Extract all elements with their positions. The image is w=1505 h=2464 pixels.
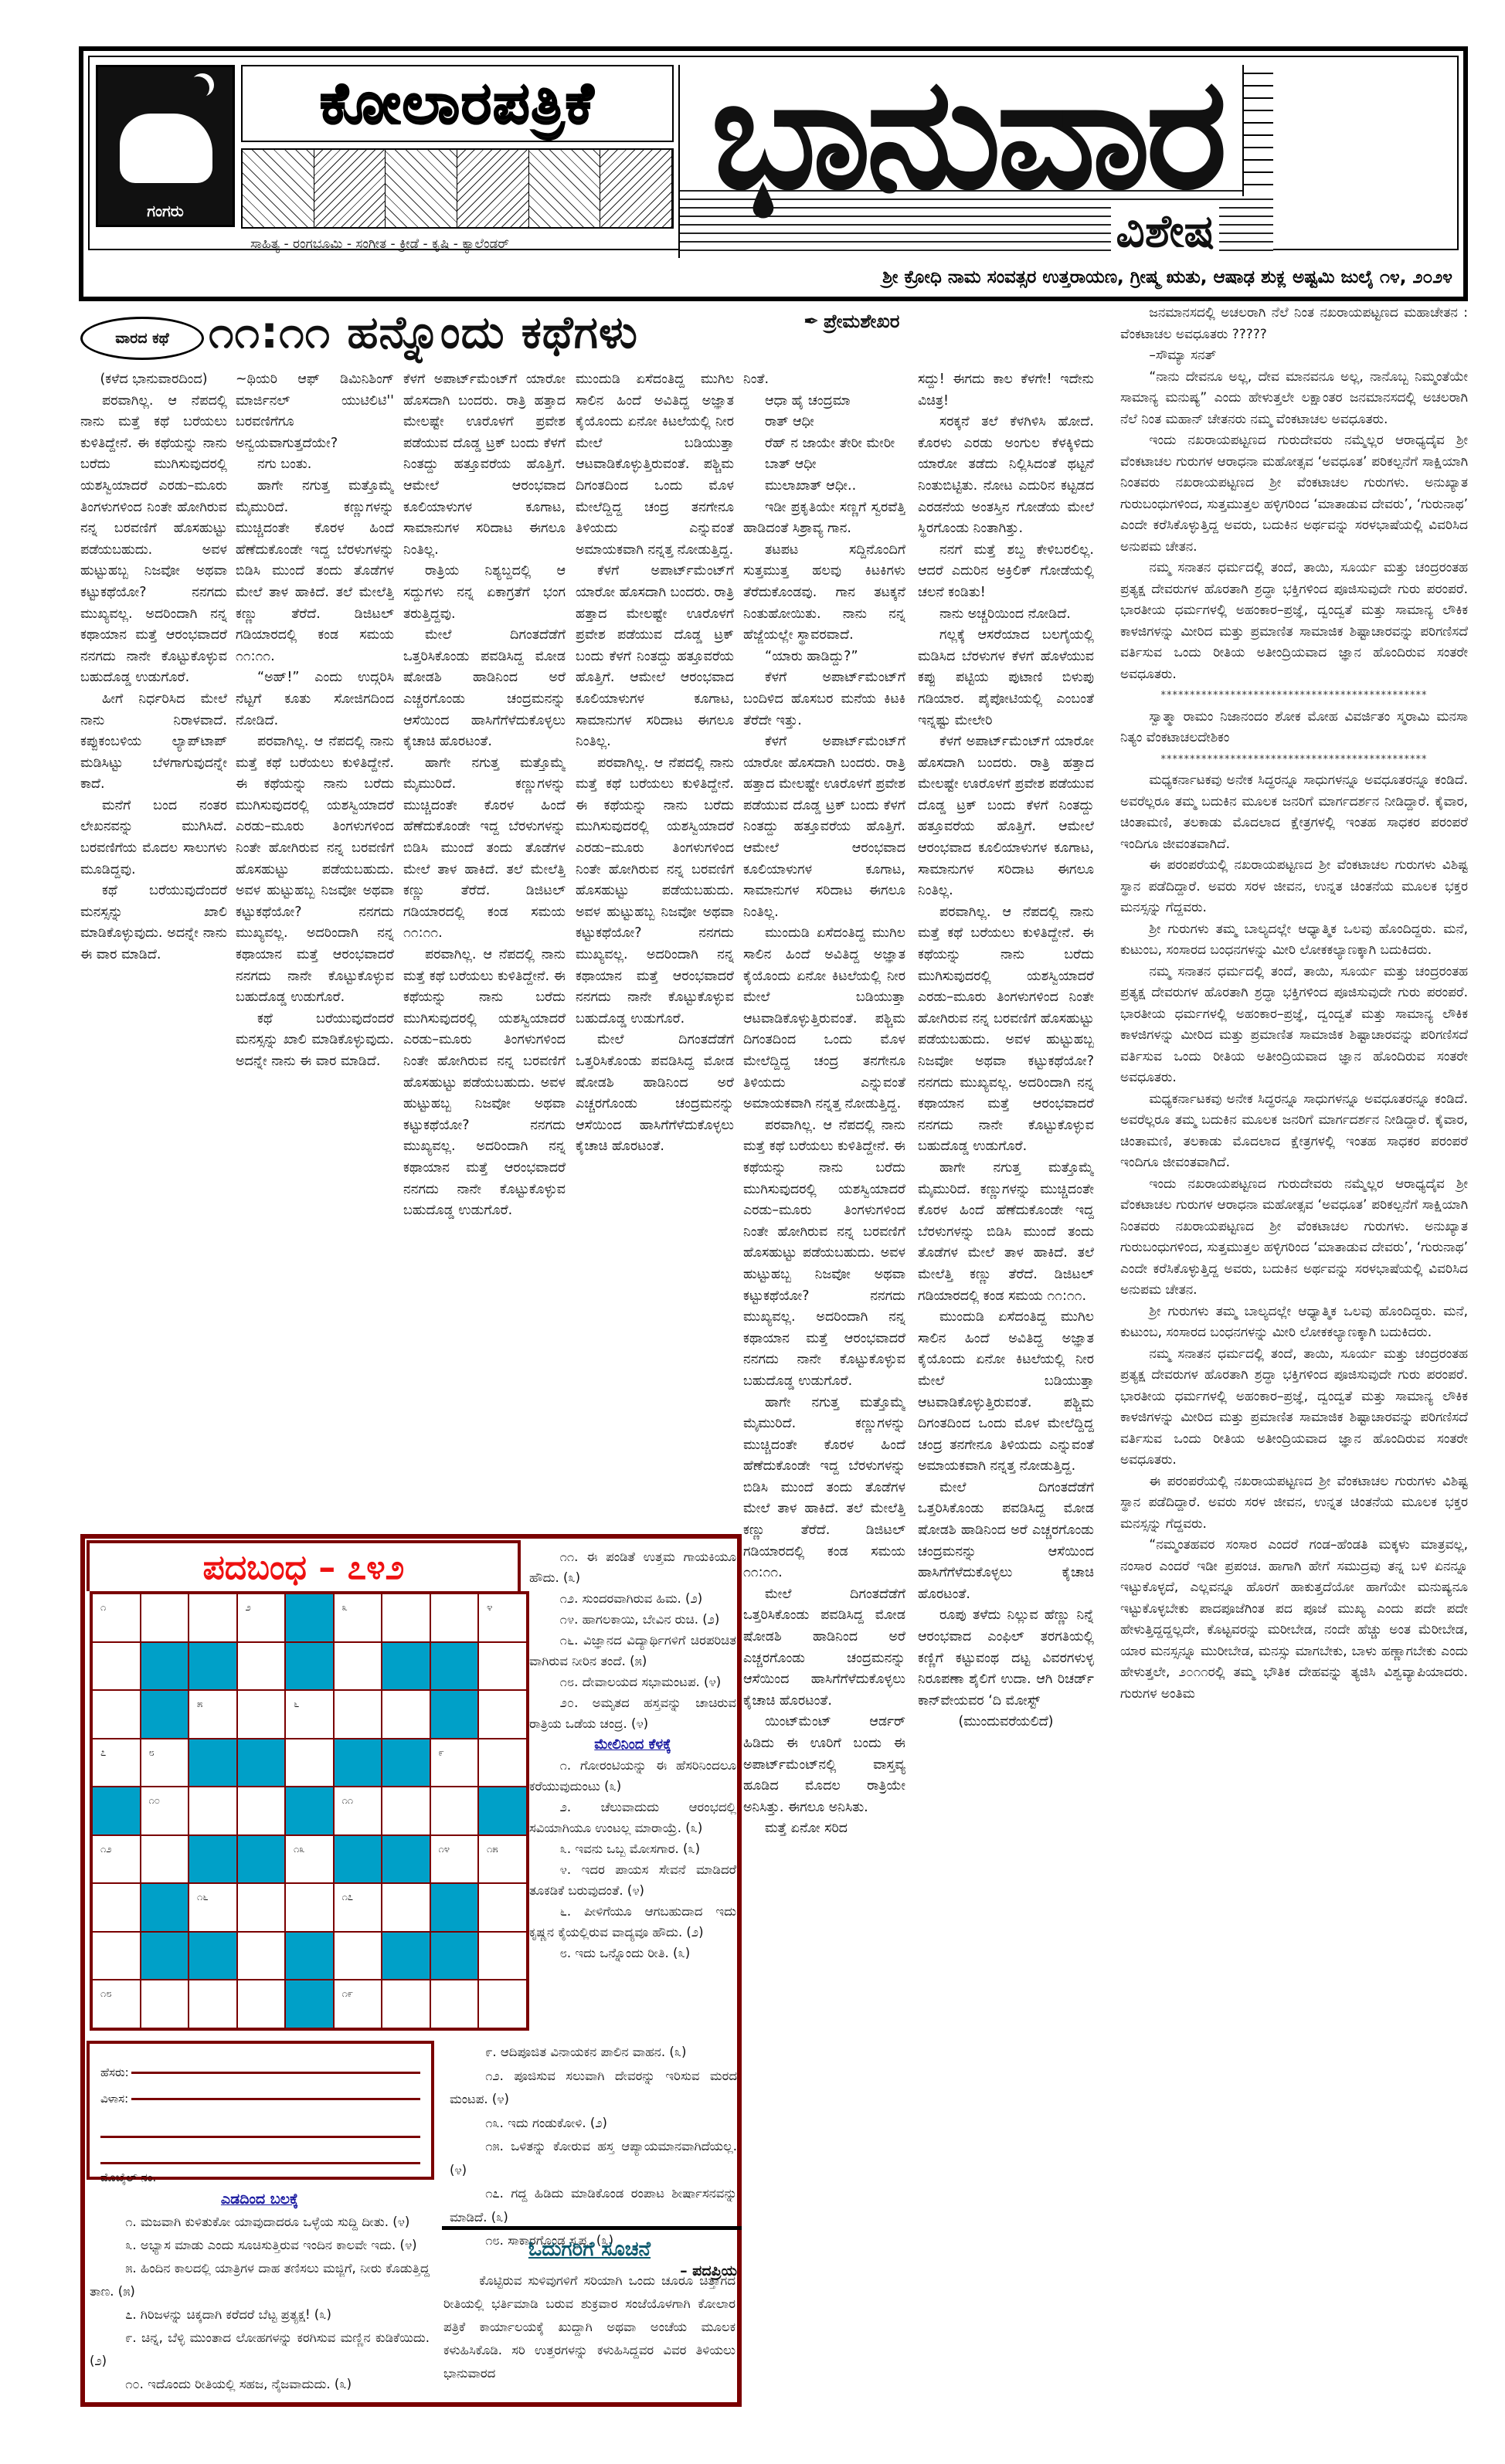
crossword-cell[interactable]: ೧೬ <box>189 1883 237 1932</box>
paragraph: ನಾನು ಅಚ್ಚರಿಯಿಂದ ನೋಡಿದೆ. <box>918 604 1094 626</box>
clue-across: ೧೬. ವಿಜ್ಞಾನದ ವಿದ್ಯಾರ್ಥಿಗಳಿಗೆ ಚಿರಪರಿಚಿತ ವ… <box>529 1630 736 1672</box>
crossword-cell[interactable] <box>189 1980 237 2028</box>
clue-number: ೨ <box>246 1602 251 1614</box>
crossword-cell[interactable]: ೧೯ <box>334 1980 382 2028</box>
music-instrument-icon <box>386 150 457 227</box>
name-field[interactable] <box>131 2072 420 2074</box>
article-author: –ಸೌಮ್ಯಾ ಸನತ್ <box>1120 345 1468 367</box>
paragraph: ಗಲ್ಲಕ್ಕೆ ಆಸರೆಯಾದ ಬಲಗೈಯಲ್ಲಿ ಮಡಿಸಿದ ಬೆರಳುಗ… <box>918 625 1094 731</box>
crossword-block <box>141 1642 189 1691</box>
crossword-cell[interactable] <box>334 1690 382 1739</box>
paragraph: ಇಡೀ ಪ್ರಕೃತಿಯೇ ಸಣ್ಣಗೆ ಸ್ವರವೆತ್ತಿ ಹಾಡಿದಂತೆ… <box>743 497 905 540</box>
crossword-box: ಪದಬಂಧ – ೭೪೨ ೧೨೩೪೫೬೭೮೯೧೦೧೧೧೨೧೩೧೪೧೫೧೬೧೭೧೮೧… <box>80 1534 742 2407</box>
clue-number: ೧೩ <box>294 1844 305 1855</box>
crossword-cell[interactable]: ೪ <box>478 1593 527 1642</box>
down-heading: ಮೇಲಿನಿಂದ ಕೆಳಕ್ಕೆ <box>529 1734 736 1755</box>
paragraph: ಮೇಲೆ ದಿಗಂತದೆಡೆಗೆ ಒತ್ತರಿಸಿಕೊಂಡು ಪವಡಿಸಿದ್ದ… <box>743 1584 905 1712</box>
clue-number: ೧೫ <box>487 1844 498 1855</box>
crossword-block <box>430 1932 479 1980</box>
reader-note-text: ಕೊಟ್ಟಿರುವ ಸುಳಿವುಗಳಿಗೆ ಸರಿಯಾಗಿ ಒಂದು ಚೂರೂ … <box>443 2269 736 2385</box>
crossword-cell[interactable] <box>237 1690 286 1739</box>
paragraph: ಪರವಾಗಿಲ್ಲ. ಆ ನೆಪದಲ್ಲಿ ನಾನು ಮತ್ತೆ ಕಥೆ ಬರೆ… <box>236 731 394 1009</box>
crossword-cell[interactable] <box>92 1642 141 1691</box>
crossword-cell[interactable] <box>141 1980 189 2028</box>
crossword-cell[interactable] <box>285 1739 334 1787</box>
clue-down: ೧೫. ಒಳಿತನ್ನು ಕೋರುವ ಹಸ್ತ ಆಪ್ಯಾಯಮಾನವಾಗಿದೆಯ… <box>450 2135 737 2182</box>
crossword-cell[interactable]: ೧೪ <box>430 1835 479 1884</box>
paragraph: ಪರವಾಗಿಲ್ಲ. ಆ ನೆಪದಲ್ಲಿ ನಾನು ಮತ್ತೆ ಕಥೆ ಬರೆ… <box>80 391 227 689</box>
crossword-cell[interactable] <box>237 1642 286 1691</box>
decorative-border-icon <box>1242 65 1273 196</box>
story-column-1: (ಕಳೆದ ಭಾನುವಾರದಿಂದ) ಪರವಾಗಿಲ್ಲ. ಆ ನೆಪದಲ್ಲಿ… <box>80 369 227 1520</box>
crossword-block <box>478 1787 527 1835</box>
paragraph: ಪರವಾಗಿಲ್ಲ. ಆ ನೆಪದಲ್ಲಿ ನಾನು ಮತ್ತೆ ಕಥೆ ಬರೆ… <box>403 945 566 1222</box>
paragraph: ಮನೆಗೆ ಬಂದ ನಂತರ ಲೇಖನವನ್ನು ಮುಗಿಸಿದೆ. ಬರವಣಿ… <box>80 796 227 881</box>
clue-across: ೧. ಮಜವಾಗಿ ಕುಳಿತುಕೋ ಯಾವುದಾದರೂ ಒಳ್ಳೆಯ ಸುದ್… <box>90 2211 430 2234</box>
emblem-caption: ಗಂಗರು <box>98 202 233 220</box>
elephant-emblem-icon: ಗಂಗರು <box>96 65 235 227</box>
racket-icon <box>457 150 529 227</box>
paragraph: ನಮ್ಮ ಸನಾತನ ಧರ್ಮದಲ್ಲಿ ತಂದೆ, ತಾಯಿ, ಸೂರ್ಯ ಮ… <box>1120 962 1468 1089</box>
crossword-cell[interactable] <box>382 1787 430 1835</box>
clue-number: ೧೪ <box>439 1844 450 1855</box>
crossword-cell[interactable] <box>141 1835 189 1884</box>
crossword-cell[interactable] <box>430 1593 479 1642</box>
crossword-cell[interactable]: ೧೭ <box>334 1883 382 1932</box>
masthead: ಗಂಗರು ಕೋಲಾರಪತ್ರಿಕೆ ಸಾಹಿತ್ಯ - ರಂಗಭೂಮಿ - ಸ… <box>79 46 1468 301</box>
paragraph: ಹಾಗೇ ನಗುತ್ತ ಮತ್ತೊಮ್ಮೆ ಮೈಮುರಿದೆ. ಕಣ್ಣುಗಳನ… <box>403 753 566 945</box>
paragraph: ಹೀಗೆ ನಿರ್ಧರಿಸಿದ ಮೇಲೆ ನಾನು ನಿರಾಳವಾದೆ. ಕಪ್… <box>80 689 227 796</box>
crossword-block <box>430 1642 479 1691</box>
supplement-logo: ಭಾನುವಾರ ವಿಶೇಷ <box>678 65 1273 258</box>
separator: ****************************************… <box>1120 685 1468 707</box>
clue-across: ೧೪. ಹಾಗಲಕಾಯಿ, ಬೇವಿನ ರುಚಿ. (೨) <box>529 1609 736 1630</box>
lyric-line: ರೆಹ್ ನ ಜಾಯೇ ತೇರೀ ಮೇರೀ <box>743 433 905 455</box>
crossword-cell[interactable]: ೨ <box>237 1593 286 1642</box>
crossword-block <box>334 1835 382 1884</box>
clue-down: ೧೩. ಇದು ಗಂಡುಕೋಳಿ. (೨) <box>450 2112 737 2136</box>
entry-form: ಹೆಸರು: ವಿಳಾಸ: ಮೊಬೈಲ್ ನಂ. <box>87 2041 434 2180</box>
author-name: ಪ್ರೇಮಶೇಖರ <box>824 311 899 332</box>
supplement-subtitle: ವಿಶೇಷ <box>1111 205 1219 258</box>
clue-across: ೧೨. ಸುಂದರವಾಗಿರುವ ಹಿಮ. (೨) <box>529 1588 736 1609</box>
paragraph: ಮುಂದುಡಿ ಏಸೆದಂತಿದ್ದ ಮುಗಿಲ ಸಾಲಿನ ಹಿಂದೆ ಅವಿ… <box>743 923 905 1115</box>
paragraph: ಕಥೆ ಬರೆಯುವುದೆಂದರೆ ಮನಸ್ಸನ್ನು ಖಾಲಿ ಮಾಡಿಕೊಳ… <box>236 1009 394 1073</box>
continued-from: (ಕಳೆದ ಭಾನುವಾರದಿಂದ) <box>80 369 227 391</box>
crossword-cell[interactable] <box>237 1787 286 1835</box>
crossword-block <box>141 1690 189 1739</box>
crossword-block <box>285 1980 334 2028</box>
paragraph: ಕೆಳಗೆ ಅಪಾರ್ಟ್‌ಮೆಂಟ್‌ಗೆ ಯಾರೋ ಹೊಸದಾಗಿ ಬಂದರ… <box>403 369 566 561</box>
clue-down: ೧೭. ಗದ್ದ ಹಿಡಿದು ಮಾಡಿಕೊಂಡ ರಂಪಾಟ ಶೀರ್ಷಾಸನವ… <box>450 2182 737 2229</box>
paragraph: ಹಾಗೇ ನಗುತ್ತ ಮತ್ತೊಮ್ಮೆ ಮೈಮುರಿದೆ. ಕಣ್ಣುಗಳನ… <box>236 476 394 667</box>
crossword-block <box>237 1739 286 1787</box>
to-be-continued: (ಮುಂದುವರೆಯಲಿದೆ) <box>918 1712 1094 1733</box>
crossword-clues-right: ೧೧. ಈ ಪಂಡಿತೆ ಉತ್ತಮ ಗಾಯಕಿಯೂ ಹೌದು. (೩) ೧೨.… <box>529 1546 736 1963</box>
paragraph: ನಗು ಬಂತು. <box>236 454 394 476</box>
paragraph: ಹಾಗೇ ನಗುತ್ತ ಮತ್ತೊಮ್ಮೆ ಮೈಮುರಿದೆ. ಕಣ್ಣುಗಳನ… <box>743 1393 905 1584</box>
story-column-4: ಮುಂದುಡಿ ಏಸೆದಂತಿದ್ದ ಮುಗಿಲ ಸಾಲಿನ ಹಿಂದೆ ಅವಿ… <box>576 369 734 1520</box>
across-heading: ಎಡದಿಂದ ಬಲಕ್ಕೆ <box>90 2187 430 2211</box>
story-byline: ✒ಪ್ರೇಮಶೇಖರ <box>803 311 899 332</box>
clue-number: ೮ <box>149 1747 155 1759</box>
paragraph: ಶ್ರೀ ಗುರುಗಳು ತಮ್ಮ ಬಾಲ್ಯದಲ್ಲೇ ಆಧ್ಯಾತ್ಮಿಕ … <box>1120 1302 1468 1344</box>
crossword-cell[interactable] <box>237 1980 286 2028</box>
reader-note: ಓದುಗರಿಗೆ ಸೂಚನೆ ಕೊಟ್ಟಿರುವ ಸುಳಿವುಗಳಿಗೆ ಸರಿ… <box>442 2226 742 2385</box>
crossword-cell[interactable] <box>478 1739 527 1787</box>
paragraph: “ನಮ್ಮಂತಹವರ ಸಂಸಾರ ಎಂದರೆ ಗಂಡ–ಹೆಂಡತಿ ಮಕ್ಕಳು… <box>1120 1535 1468 1705</box>
theatre-mask-icon <box>314 150 386 227</box>
crossword-block <box>382 1739 430 1787</box>
crossword-cell[interactable] <box>430 1787 479 1835</box>
crossword-cell[interactable]: ೭ <box>92 1739 141 1787</box>
crossword-clues-across: ಎಡದಿಂದ ಬಲಕ್ಕೆ ೧. ಮಜವಾಗಿ ಕುಳಿತುಕೋ ಯಾವುದಾದ… <box>90 2187 430 2396</box>
reader-note-heading: ಓದುಗರಿಗೆ ಸೂಚನೆ <box>443 2238 736 2262</box>
address-field[interactable] <box>131 2098 420 2100</box>
crossword-cell[interactable]: ೫ <box>189 1690 237 1739</box>
crossword-cell[interactable]: ೧೦ <box>141 1787 189 1835</box>
crossword-cell[interactable] <box>478 1932 527 1980</box>
lyric-line: ಬಾತ್ ಆಧೀ <box>743 454 905 476</box>
crossword-block <box>92 1787 141 1835</box>
paragraph: ತಟಪಟ ಸದ್ದಿನೊಂದಿಗೆ ಸುತ್ತಮುತ್ತ ಹಲವು ಕಿಟಕಿಗ… <box>743 540 905 647</box>
shloka: ಸ್ವಾತ್ಮಾ ರಾಮಂ ನಿಜಾನಂದಂ ಶೋಕ ಮೋಹ ವಿವರ್ಜಿತಂ… <box>1120 707 1468 749</box>
clue-number: ೧೧ <box>342 1795 354 1807</box>
crossword-cell[interactable]: ೯ <box>430 1739 479 1787</box>
crossword-cell[interactable] <box>430 1980 479 2028</box>
clue-number: ೯ <box>439 1747 444 1759</box>
paragraph: ರಾತ್ರಿಯ ನಿಶ್ಯಬ್ದದಲ್ಲಿ ಆ ಸದ್ದುಗಳು ನನ್ನ ಏಕ… <box>403 561 566 625</box>
crossword-block <box>189 1739 237 1787</box>
crossword-cell[interactable] <box>334 1932 382 1980</box>
crossword-cell[interactable] <box>237 1883 286 1932</box>
paragraph: ನಮ್ಮ ಸನಾತನ ಧರ್ಮದಲ್ಲಿ ತಂದೆ, ತಾಯಿ, ಸೂರ್ಯ ಮ… <box>1120 1344 1468 1471</box>
crossword-cell[interactable]: ೮ <box>141 1739 189 1787</box>
crossword-cell[interactable]: ೧೩ <box>285 1835 334 1884</box>
crossword-cell[interactable] <box>382 1593 430 1642</box>
paragraph: ಶ್ರೀ ಗುರುಗಳು ತಮ್ಮ ಬಾಲ್ಯದಲ್ಲೇ ಆಧ್ಯಾತ್ಮಿಕ … <box>1120 919 1468 962</box>
clue-down: ೯. ಆದಿಪೂಜಿತ ವಿನಾಯಕನ ಪಾಲಿನ ವಾಹನ. (೩) <box>450 2041 737 2065</box>
clue-across: ೩. ಅಭ್ಯಾಸ ಮಾಡು ಎಂದು ಸೂಚಿಸುತ್ತಿರುವ ಇಂದಿನ … <box>90 2234 430 2257</box>
clue-number: ೭ <box>100 1747 106 1759</box>
crossword-block <box>189 1932 237 1980</box>
paragraph: ಪರವಾಗಿಲ್ಲ. ಆ ನೆಪದಲ್ಲಿ ನಾನು ಮತ್ತೆ ಕಥೆ ಬರೆ… <box>918 902 1094 1158</box>
clue-across: ೨೦. ಅಮೃತದ ಹಸ್ತವನ್ನು ಚಾಚಿರುವ ರಾತ್ರಿಯ ಒಡೆಯ… <box>529 1692 736 1734</box>
crossword-block <box>189 1642 237 1691</box>
paragraph: ಸರಕ್ಕನೆ ತಲೆ ಕೆಳಗಿಳಿಸಿ ಹೋದೆ. ಕೊರಳು ಎರಡು ಅ… <box>918 412 1094 540</box>
clue-number: ೧ <box>100 1602 106 1614</box>
address-label: ವಿಳಾಸ: <box>100 2092 131 2106</box>
crossword-cell[interactable] <box>189 1787 237 1835</box>
clue-down: ೬. ಪೀಳಿಗೆಯೂ ಆಗಬಹುದಾದ ಇದು ಕೃಷ್ಣನ ಕೈಯಲ್ಲಿರ… <box>529 1901 736 1943</box>
moon-icon <box>186 76 209 100</box>
crossword-cell[interactable] <box>92 1883 141 1932</box>
clue-down: ೮. ಇದು ಒನ್ನೊಂದು ರೀತಿ. (೩) <box>529 1943 736 1963</box>
paragraph: ಮತ್ತೆ ಏನೋ ಸರಿದ <box>743 1818 905 1840</box>
clue-number: ೬ <box>294 1699 299 1710</box>
clue-number: ೧೭ <box>342 1892 354 1903</box>
crossword-cell[interactable]: ೧ <box>92 1593 141 1642</box>
clue-number: ೧೦ <box>149 1795 161 1807</box>
arts-illustration-strip <box>241 148 674 229</box>
clue-number: ೧೨ <box>100 1844 112 1855</box>
clue-number: ೧೯ <box>342 1988 354 2000</box>
paragraph: ಪರವಾಗಿಲ್ಲ. ಆ ನೆಪದಲ್ಲಿ ನಾನು ಮತ್ತೆ ಕಥೆ ಬರೆ… <box>743 1115 905 1393</box>
crossword-cell[interactable] <box>189 1593 237 1642</box>
paragraph: ಈ ಪರಂಪರೆಯಲ್ಲಿ ನಖರಾಯಪಟ್ಟಣದ ಶ್ರೀ ವೆಂಕಟಾಚಲ … <box>1120 1471 1468 1536</box>
crossword-cell[interactable]: ೩ <box>334 1593 382 1642</box>
crossword-block <box>382 1932 430 1980</box>
separator: ****************************************… <box>1120 749 1468 771</box>
paragraph: ಈ ಪರಂಪರೆಯಲ್ಲಿ ನಖರಾಯಪಟ್ಟಣದ ಶ್ರೀ ವೆಂಕಟಾಚಲ … <box>1120 855 1468 919</box>
masthead-frame: ಗಂಗರು ಕೋಲಾರಪತ್ರಿಕೆ ಸಾಹಿತ್ಯ - ರಂಗಭೂಮಿ - ಸ… <box>88 56 1459 250</box>
weekly-story-badge: ವಾರದ ಕಥೆ <box>80 317 204 360</box>
lyric-line: ಆಧಾ ಹೈ ಚಂದ್ರಮಾ <box>743 391 905 412</box>
story-column-5: ನಿಂತೆ. ಆಧಾ ಹೈ ಚಂದ್ರಮಾ ರಾತ್ ಆಧೀ ರೆಹ್ ನ ಜಾ… <box>743 369 905 2408</box>
paragraph: ಇಂದು ನಖರಾಯಪಟ್ಟಣದ ಗುರುದೇವರು ನಮ್ಮೆಲ್ಲರ ಆರಾ… <box>1120 1174 1468 1302</box>
crossword-block <box>285 1642 334 1691</box>
clue-across: ೧೧. ಈ ಪಂಡಿತೆ ಉತ್ತಮ ಗಾಯಕಿಯೂ ಹೌದು. (೩) <box>529 1546 736 1588</box>
paragraph: ಮಧ್ಯಕರ್ನಾಟಕವು ಅನೇಕ ಸಿದ್ಧರನ್ನೂ ಸಾಧುಗಳನ್ನೂ… <box>1120 770 1468 855</box>
paragraph: ಕೆಳಗೆ ಅಪಾರ್ಟ್‌ಮೆಂಟ್‌ಗೆ ಯಾರೋ ಹೊಸದಾಗಿ ಬಂದರ… <box>576 561 734 752</box>
paragraph: ಯಿಂಟ್‌ಮೆಂಟ್ ಆರ್ಡರ್ ಹಿಡಿದು ಈ ಊರಿಗೆ ಬಂದು ಈ… <box>743 1712 905 1818</box>
clue-down: ೩. ಇವನು ಒಬ್ಬ ಮೋಸಗಾರ. (೩) <box>529 1838 736 1859</box>
clue-down: ೨. ಚೆಲುವಾದುದು ಆರಂಭದಲ್ಲಿ ಸವಿಯಾಗಿಯೂ ಉಂಟಲ್ಲ… <box>529 1797 736 1838</box>
avadhoota-article: ಜನಮಾನಸದಲ್ಲಿ ಅಚಲರಾಗಿ ನೆಲೆ ನಿಂತ ನಖರಾಯಪಟ್ಟಣ… <box>1120 303 1468 1705</box>
paragraph: ಪರವಾಗಿಲ್ಲ. ಆ ನೆಪದಲ್ಲಿ ನಾನು ಮತ್ತೆ ಕಥೆ ಬರೆ… <box>576 753 734 1030</box>
crossword-cell[interactable] <box>478 1980 527 2028</box>
paragraph: ನನಗೆ ಮತ್ತೆ ಶಬ್ದ ಕೇಳಿಬರಲಿಲ್ಲ. ಆದರೆ ಎದುರಿನ… <box>918 540 1094 604</box>
paragraph: ಮುಂದುಡಿ ಏಸೆದಂತಿದ್ದ ಮುಗಿಲ ಸಾಲಿನ ಹಿಂದೆ ಅವಿ… <box>576 369 734 561</box>
crossword-block <box>237 1835 286 1884</box>
paragraph: ಮೇಲೆ ದಿಗಂತದೆಡೆಗೆ ಒತ್ತರಿಸಿಕೊಂಡು ಪವಡಿಸಿದ್ದ… <box>918 1478 1094 1606</box>
crossword-cell[interactable] <box>334 1642 382 1691</box>
clue-across: ೫. ಹಿಂದಿನ ಕಾಲದಲ್ಲಿ ಯಾತ್ರಿಗಳ ದಾಹ ತಣಿಸಲು ಮ… <box>90 2257 430 2303</box>
paragraph: ಹಾಗೇ ನಗುತ್ತ ಮತ್ತೊಮ್ಮೆ ಮೈಮುರಿದೆ. ಕಣ್ಣುಗಳನ… <box>918 1158 1094 1307</box>
crossword-cell[interactable]: ೬ <box>285 1690 334 1739</box>
story-column-6: ಸದ್ದು! ಈಗದು ಕಾಲ ಕೆಳಗೇ! ಇದೇನು ವಿಚಿತ್ರ! ಸರ… <box>918 369 1094 2408</box>
crossword-cell[interactable] <box>382 1690 430 1739</box>
story-column-2: ~ಥಿಯರಿ ಆಫ್ ಡಿಮಿನಿಶಿಂಗ್ ಮಾರ್ಜಿನಲ್ ಯುಟಿಲಿಟ… <box>236 369 394 1520</box>
crop-icon <box>529 150 601 227</box>
paragraph: ಮಧ್ಯಕರ್ನಾಟಕವು ಅನೇಕ ಸಿದ್ಧರನ್ನೂ ಸಾಧುಗಳನ್ನೂ… <box>1120 1089 1468 1174</box>
crossword-block <box>141 1883 189 1932</box>
crossword-cell[interactable]: ೧೮ <box>92 1980 141 2028</box>
article-title: ಜನಮಾನಸದಲ್ಲಿ ಅಚಲರಾಗಿ ನೆಲೆ ನಿಂತ ನಖರಾಯಪಟ್ಟಣ… <box>1120 303 1468 345</box>
paragraph: ನಿಂತೆ. <box>743 369 905 391</box>
crossword-block <box>382 1835 430 1884</box>
clue-down: ೧. ಗೋರಂಟಿಯನ್ನು ಈ ಹೆಸರಿನಿಂದಲೂ ಕರೆಯುವುದುಂಟ… <box>529 1755 736 1797</box>
crossword-cell[interactable] <box>478 1642 527 1691</box>
crossword-cell[interactable] <box>92 1690 141 1739</box>
crossword-block <box>189 1835 237 1884</box>
paragraph: ಮೇಲೆ ದಿಗಂತದೆಡೆಗೆ ಒತ್ತರಿಸಿಕೊಂಡು ಪವಡಿಸಿದ್ದ… <box>576 1030 734 1158</box>
crossword-cell[interactable] <box>382 1980 430 2028</box>
crossword-cell[interactable] <box>478 1690 527 1739</box>
crossword-cell[interactable] <box>478 1883 527 1932</box>
story-column-3: ಕೆಳಗೆ ಅಪಾರ್ಟ್‌ಮೆಂಟ್‌ಗೆ ಯಾರೋ ಹೊಸದಾಗಿ ಬಂದರ… <box>403 369 566 1520</box>
paragraph: ರೂಪು ತಳೆದು ನಿಲ್ಲುವ ಹೆಣ್ಣು ನಿನ್ನೆ ಆರಂಭವಾದ… <box>918 1605 1094 1712</box>
crossword-block <box>430 1883 479 1932</box>
crossword-block <box>430 1690 479 1739</box>
paragraph: ನಮ್ಮ ಸನಾತನ ಧರ್ಮದಲ್ಲಿ ತಂದೆ, ತಾಯಿ, ಸೂರ್ಯ ಮ… <box>1120 558 1468 685</box>
crossword-cell[interactable] <box>92 1932 141 1980</box>
ball-icon <box>600 150 672 227</box>
clue-across: ೧೮. ದೇವಾಲಯದ ಸಭಾಮಂಟಪ. (೪) <box>529 1672 736 1692</box>
paragraph: ಮೇಲೆ ದಿಗಂತದೆಡೆಗೆ ಒತ್ತರಿಸಿಕೊಂಡು ಪವಡಿಸಿದ್ದ… <box>403 625 566 753</box>
story-headline: ೧೧:೧೧ ಹನ್ನೊಂದು ಕಥೆಗಳು <box>209 306 638 359</box>
clue-across: ೭. ಗಿರಿಜಳನ್ನು ಚಿಕ್ಕದಾಗಿ ಕರೆದರೆ ಬೆಟ್ಟ ಪ್ರ… <box>90 2303 430 2327</box>
masthead-tagline: ಸಾಹಿತ್ಯ - ರಂಗಭೂಮಿ - ಸಂಗೀತ - ಕ್ರೀಡೆ - ಕೃಷ… <box>241 232 674 256</box>
paragraph: ಸದ್ದು! ಈಗದು ಕಾಲ ಕೆಳಗೇ! ಇದೇನು ವಿಚಿತ್ರ! <box>918 369 1094 412</box>
clue-across: ೯. ಚಿನ್ನ, ಬೆಳ್ಳಿ ಮುಂತಾದ ಲೋಹಗಳನ್ನು ಕರಗಿಸು… <box>90 2327 430 2373</box>
crossword-block <box>382 1642 430 1691</box>
paragraph: ಮುಂದುಡಿ ಏಸೆದಂತಿದ್ದ ಮುಗಿಲ ಸಾಲಿನ ಹಿಂದೆ ಅವಿ… <box>918 1307 1094 1478</box>
supplement-title: ಭಾನುವಾರ <box>711 65 1223 212</box>
crossword-cell[interactable] <box>237 1932 286 1980</box>
plant-pot-icon <box>243 150 314 227</box>
crossword-block <box>285 1593 334 1642</box>
paragraph: ಇಂದು ನಖರಾಯಪಟ್ಟಣದ ಗುರುದೇವರು ನಮ್ಮೆಲ್ಲರ ಆರಾ… <box>1120 430 1468 558</box>
lyric-line: ಮುಲಾಖಾತ್ ಆಧೀ.. <box>743 476 905 497</box>
clue-number: ೫ <box>197 1699 202 1710</box>
lyric-line: ರಾತ್ ಆಧೀ <box>743 412 905 433</box>
crossword-cell[interactable] <box>285 1883 334 1932</box>
address-field-line-3[interactable] <box>100 2138 420 2164</box>
paragraph: “ನಾನು ದೇವನೂ ಅಲ್ಲ, ದೇವ ಮಾನವನೂ ಅಲ್ಲ, ನಾನೊಬ… <box>1120 367 1468 431</box>
crossword-grid: ೧೨೩೪೫೬೭೮೯೧೦೧೧೧೨೧೩೧೪೧೫೧೬೧೭೧೮೧೯ <box>90 1591 529 2031</box>
clue-down: ೪. ಇದರ ಪಾಯಸ ಸೇವನೆ ಮಾಡಿದರೆ ತೂಕಡಿಕೆ ಬರುವುದ… <box>529 1859 736 1901</box>
crossword-block <box>285 1932 334 1980</box>
crossword-cell[interactable] <box>382 1883 430 1932</box>
paragraph: “ಅಹ್!” ಎಂದು ಉದ್ಗರಿಸಿ ನೆಟ್ಟಗೆ ಕೂತು ಸೋಜಿಗದ… <box>236 667 394 731</box>
crossword-cell[interactable]: ೧೧ <box>334 1787 382 1835</box>
elephant-icon <box>120 114 212 183</box>
clue-number: ೧೮ <box>100 1988 112 2000</box>
clue-down: ೧೨. ಪೂಜಿಸುವ ಸಲುವಾಗಿ ದೇವರನ್ನು ಇರಿಸುವ ಮರದ … <box>450 2065 737 2112</box>
clue-number: ೩ <box>342 1602 348 1614</box>
address-field-line-2[interactable] <box>100 2112 420 2138</box>
crossword-title: ಪದಬಂಧ – ೭೪೨ <box>87 1540 521 1591</box>
paragraph: ಕೆಳಗೆ ಅಪಾರ್ಟ್‌ಮೆಂಟ್‌ಗೆ ಯಾರೋ ಹೊಸದಾಗಿ ಬಂದರ… <box>743 731 905 923</box>
paragraph: ಕೆಳಗೆ ಅಪಾರ್ಟ್‌ಮೆಂಟ್‌ಗೆ ಬಂದಿಳಿದ ಹೊಸಬರ ಮನೆ… <box>743 667 905 731</box>
crossword-block <box>334 1739 382 1787</box>
paragraph: ಕಥೆ ಬರೆಯುವುದೆಂದರೆ ಮನಸ್ಸನ್ನು ಖಾಲಿ ಮಾಡಿಕೊಳ… <box>80 881 227 966</box>
crossword-block <box>285 1787 334 1835</box>
clue-number: ೧೬ <box>197 1892 209 1903</box>
paragraph: ಕೆಳಗೆ ಅಪಾರ್ಟ್‌ಮೆಂಟ್‌ಗೆ ಯಾರೋ ಹೊಸದಾಗಿ ಬಂದರ… <box>918 731 1094 902</box>
clue-across: ೧೦. ಇದೊಂದು ರೀತಿಯಲ್ಲಿ ಸಹಜ, ನೈಜವಾದುದು. (೩) <box>90 2373 430 2396</box>
paper-name: ಕೋಲಾರಪತ್ರಿಕೆ <box>241 65 674 142</box>
paragraph: ~ಥಿಯರಿ ಆಫ್ ಡಿಮಿನಿಶಿಂಗ್ ಮಾರ್ಜಿನಲ್ ಯುಟಿಲಿಟ… <box>236 369 394 454</box>
crossword-block <box>141 1932 189 1980</box>
mobile-label: ಮೊಬೈಲ್ ನಂ. <box>100 2170 156 2184</box>
crossword-cell[interactable] <box>141 1593 189 1642</box>
crossword-cell[interactable]: ೧೨ <box>92 1835 141 1884</box>
pen-icon: ✒ <box>803 311 819 332</box>
name-label: ಹೆಸರು: <box>100 2065 131 2079</box>
date-line: ಶ್ರೀ ಕ್ರೋಧಿ ನಾಮ ಸಂವತ್ಸರ ಉತ್ತರಾಯಣ, ಗ್ರೀಷ್… <box>882 267 1452 287</box>
clue-number: ೪ <box>487 1602 492 1614</box>
crossword-cell[interactable]: ೧೫ <box>478 1835 527 1884</box>
paragraph: “ಯಾರು ಹಾಡಿದ್ದು?” <box>743 647 905 668</box>
